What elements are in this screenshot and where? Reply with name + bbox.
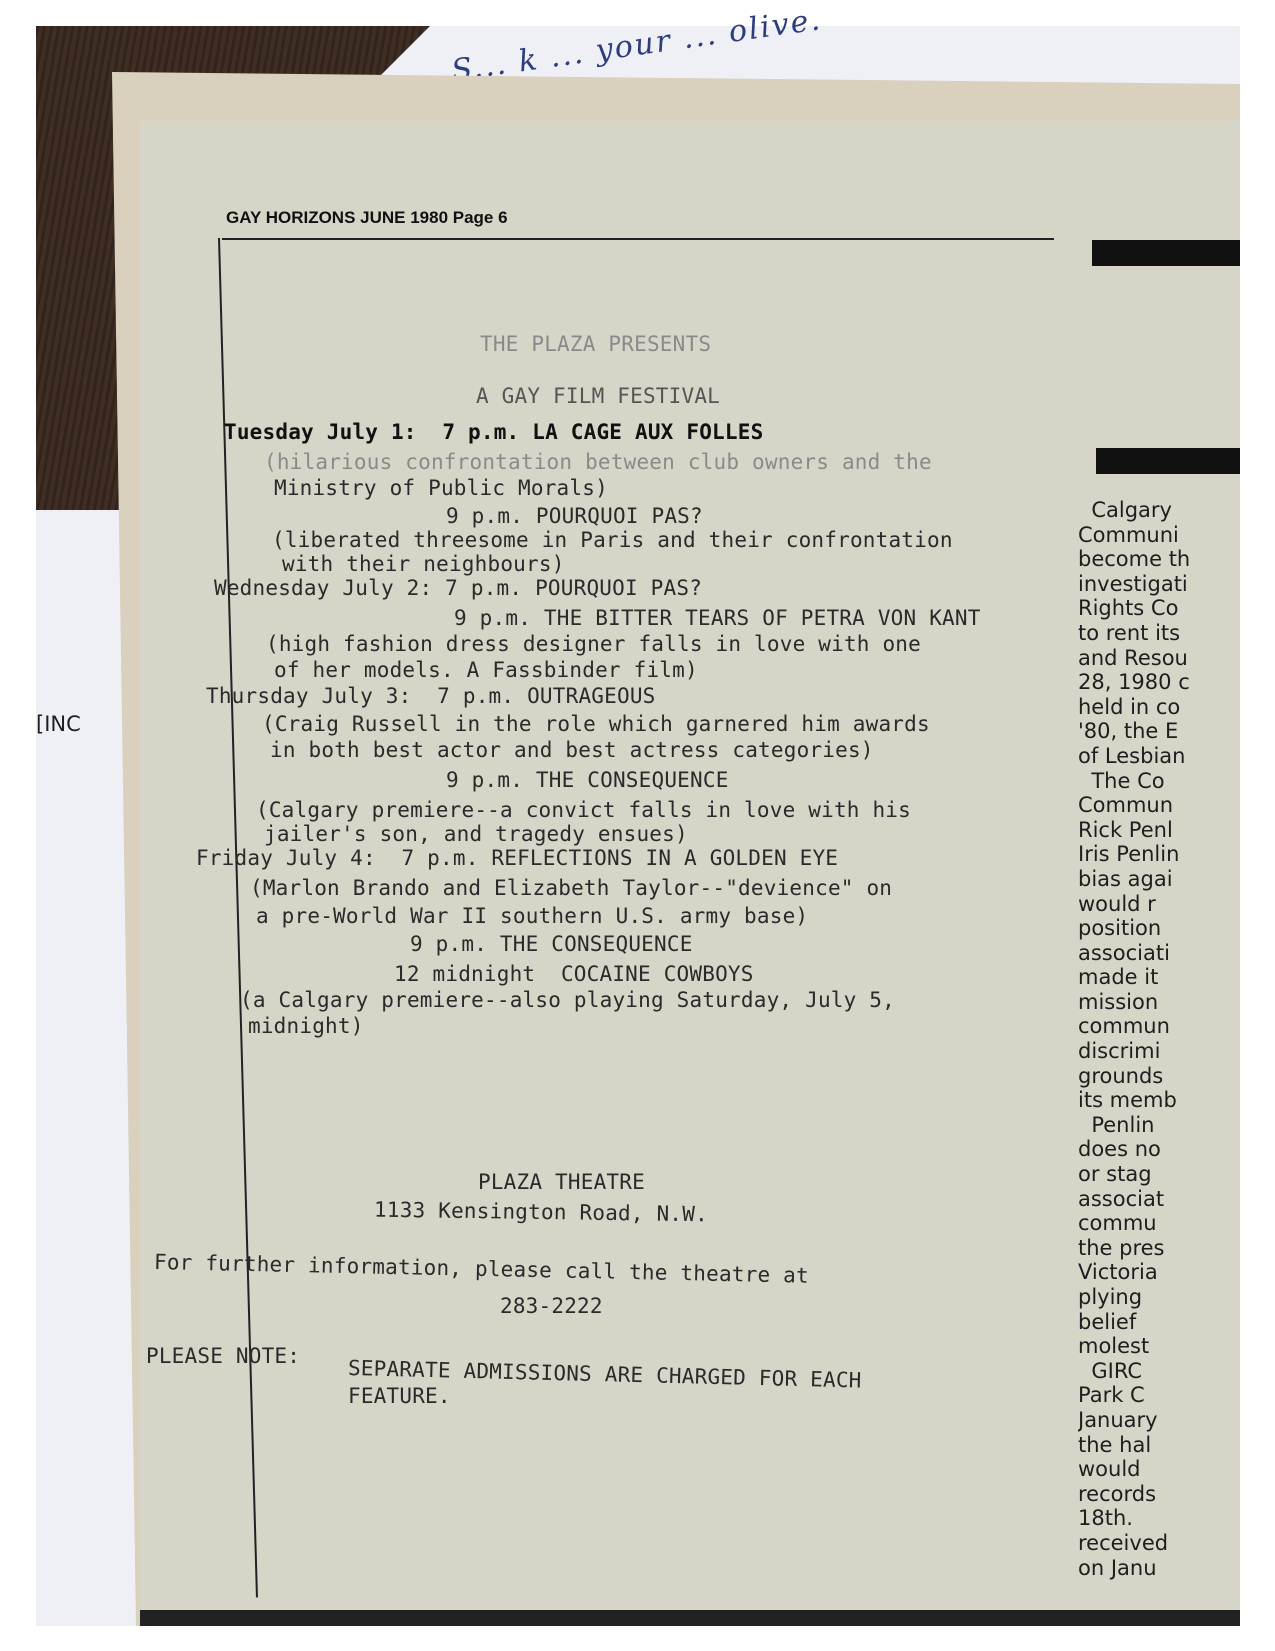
- schedule-line: a pre-World War II southern U.S. army ba…: [256, 904, 808, 928]
- article-line: '80, the E: [1078, 719, 1240, 744]
- article-line: mission: [1078, 990, 1240, 1015]
- venue-address: 1133 Kensington Road, N.W.: [374, 1198, 708, 1227]
- schedule-line: Ministry of Public Morals): [274, 476, 608, 500]
- schedule-line: 9 p.m. THE BITTER TEARS OF PETRA VON KAN…: [454, 606, 981, 630]
- article-line: and Resou: [1078, 646, 1240, 671]
- article-line: Iris Penlin: [1078, 842, 1240, 867]
- article-line: commu: [1078, 1211, 1240, 1236]
- ad-title: A GAY FILM FESTIVAL: [476, 384, 720, 408]
- schedule-line: (high fashion dress designer falls in lo…: [266, 632, 921, 656]
- article-line: would: [1078, 1457, 1240, 1482]
- schedule-line: Thursday July 3: 7 p.m. OUTRAGEOUS: [206, 684, 656, 708]
- article-line: Commun: [1078, 793, 1240, 818]
- underlying-sheet-text: [INC: [36, 712, 81, 736]
- schedule-line: (Craig Russell in the role which garnere…: [262, 712, 930, 736]
- article-line: become th: [1078, 547, 1240, 572]
- schedule-line: Tuesday July 1: 7 p.m. LA CAGE AUX FOLLE…: [224, 420, 763, 444]
- ad-frame-top-rule: [222, 238, 1054, 240]
- phone-number: 283-2222: [500, 1294, 603, 1318]
- article-line: Rick Penl: [1078, 818, 1240, 843]
- article-line: Rights Co: [1078, 596, 1240, 621]
- article-line: made it: [1078, 965, 1240, 990]
- schedule-line: jailer's son, and tragedy ensues): [264, 822, 688, 846]
- article-line: records: [1078, 1482, 1240, 1507]
- note-label: PLEASE NOTE:: [146, 1344, 300, 1368]
- schedule-line: in both best actor and best actress cate…: [270, 738, 874, 762]
- article-line: or stag: [1078, 1162, 1240, 1187]
- adjacent-article-column: CalgaryCommunibecome thinvestigatiRights…: [1078, 498, 1240, 1580]
- schedule-line: 12 midnight COCAINE COWBOYS: [394, 962, 754, 986]
- article-line: plying: [1078, 1285, 1240, 1310]
- venue-name: PLAZA THEATRE: [478, 1170, 645, 1194]
- page-bottom-rule: [140, 1610, 1240, 1626]
- schedule-line: (Marlon Brando and Elizabeth Taylor--"de…: [250, 876, 892, 900]
- article-line: would r: [1078, 892, 1240, 917]
- article-line: discrimi: [1078, 1039, 1240, 1064]
- article-line: 28, 1980 c: [1078, 670, 1240, 695]
- schedule-line: 9 p.m. POURQUOI PAS?: [446, 504, 703, 528]
- article-line: bias agai: [1078, 867, 1240, 892]
- article-line: to rent its: [1078, 621, 1240, 646]
- article-line: on Janu: [1078, 1556, 1240, 1581]
- schedule-line: Wednesday July 2: 7 p.m. POURQUOI PAS?: [214, 576, 702, 600]
- article-line: January: [1078, 1408, 1240, 1433]
- article-line: position: [1078, 916, 1240, 941]
- schedule-line: midnight): [248, 1014, 364, 1038]
- schedule-line: with their neighbours): [282, 552, 565, 576]
- article-line: 18th.: [1078, 1506, 1240, 1531]
- article-line: grounds: [1078, 1064, 1240, 1089]
- schedule-line: (hilarious confrontation between club ow…: [264, 450, 932, 474]
- article-line: held in co: [1078, 695, 1240, 720]
- ad-presenter: THE PLAZA PRESENTS: [480, 332, 711, 356]
- article-line: GIRC: [1078, 1359, 1240, 1384]
- article-line: molest: [1078, 1334, 1240, 1359]
- schedule-line: (Calgary premiere--a convict falls in lo…: [256, 798, 911, 822]
- article-line: Penlin: [1078, 1113, 1240, 1138]
- schedule-line: Friday July 4: 7 p.m. REFLECTIONS IN A G…: [196, 846, 838, 870]
- article-line: the pres: [1078, 1236, 1240, 1261]
- article-line: received: [1078, 1531, 1240, 1556]
- article-line: Calgary: [1078, 498, 1240, 523]
- article-line: the hal: [1078, 1433, 1240, 1458]
- schedule-line: 9 p.m. THE CONSEQUENCE: [410, 932, 693, 956]
- article-line: of Lesbian: [1078, 744, 1240, 769]
- article-line: Park C: [1078, 1383, 1240, 1408]
- article-line: belief: [1078, 1310, 1240, 1335]
- schedule-line: 9 p.m. THE CONSEQUENCE: [446, 768, 729, 792]
- schedule-line: (liberated threesome in Paris and their …: [272, 528, 953, 552]
- article-line: Communi: [1078, 523, 1240, 548]
- article-line: associati: [1078, 941, 1240, 966]
- article-line: its memb: [1078, 1088, 1240, 1113]
- column-header-bar: [1096, 448, 1240, 474]
- article-line: commun: [1078, 1014, 1240, 1039]
- page-header: GAY HORIZONS JUNE 1980 Page 6: [226, 208, 508, 228]
- note-line-2: FEATURE.: [348, 1384, 451, 1408]
- schedule-line: (a Calgary premiere--also playing Saturd…: [240, 988, 895, 1012]
- schedule-line: of her models. A Fassbinder film): [274, 658, 698, 682]
- article-line: The Co: [1078, 769, 1240, 794]
- article-line: investigati: [1078, 572, 1240, 597]
- article-line: does no: [1078, 1137, 1240, 1162]
- column-header-bar: [1092, 240, 1240, 266]
- article-line: Victoria: [1078, 1260, 1240, 1285]
- article-line: associat: [1078, 1187, 1240, 1212]
